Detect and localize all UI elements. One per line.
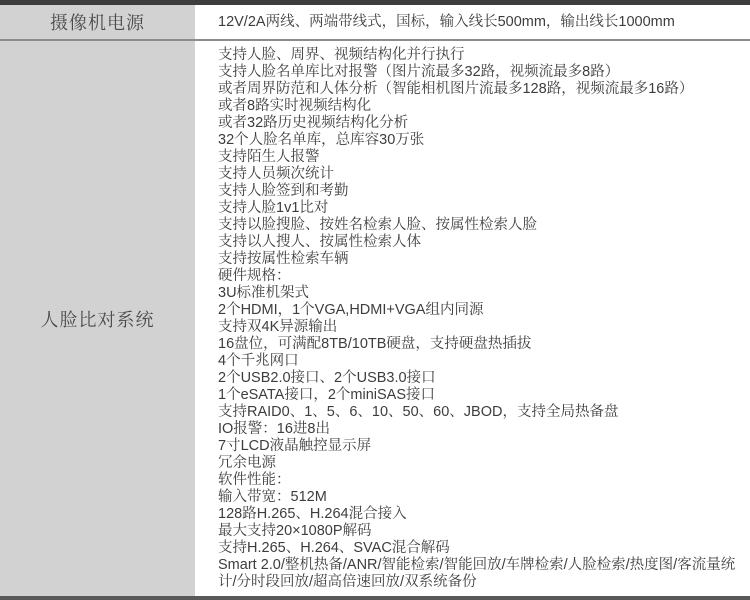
spec-line: IO报警：16进8出 xyxy=(218,421,742,438)
spec-row-camera-power: 摄像机电源 12V/2A两线、两端带线式，国标，输入线长500mm，输出线长10… xyxy=(0,5,750,41)
spec-line: 支持人脸签到和考勤 xyxy=(218,183,742,200)
spec-line: 支持H.265、H.264、SVAC混合解码 xyxy=(218,540,742,557)
spec-row-face-comparison: 人脸比对系统 支持人脸、周界、视频结构化并行执行支持人脸名单库比对报警（图片流最… xyxy=(0,41,750,596)
spec-line: 支持双4K异源输出 xyxy=(218,319,742,336)
spec-line: 32个人脸名单库，总库容30万张 xyxy=(218,132,742,149)
table-bottom-border xyxy=(0,596,750,600)
spec-line: 软件性能： xyxy=(218,472,742,489)
spec-line: 或者8路实时视频结构化 xyxy=(218,98,742,115)
spec-line: 输入带宽：512M xyxy=(218,489,742,506)
label-face-comparison-system: 人脸比对系统 xyxy=(0,41,195,596)
spec-line: 支持按属性检索车辆 xyxy=(218,251,742,268)
spec-line: Smart 2.0/整机热备/ANR/智能检索/智能回放/车牌检索/人脸检索/热… xyxy=(218,557,742,591)
spec-page: 摄像机电源 12V/2A两线、两端带线式，国标，输入线长500mm，输出线长10… xyxy=(0,0,750,600)
spec-line: 支持陌生人报警 xyxy=(218,149,742,166)
spec-line: 最大支持20×1080P解码 xyxy=(218,523,742,540)
spec-line: 支持以人搜人、按属性检索人体 xyxy=(218,234,742,251)
spec-line: 1个eSATA接口，2个miniSAS接口 xyxy=(218,387,742,404)
label-camera-power: 摄像机电源 xyxy=(0,5,195,39)
spec-line: 支持以脸搜脸、按姓名检索人脸、按属性检索人脸 xyxy=(218,217,742,234)
spec-line: 支持RAID0、1、5、6、10、50、60、JBOD，支持全局热备盘 xyxy=(218,404,742,421)
spec-line: 128路H.265、H.264混合接入 xyxy=(218,506,742,523)
spec-line: 支持人脸、周界、视频结构化并行执行 xyxy=(218,47,742,64)
spec-line: 7寸LCD液晶触控显示屏 xyxy=(218,438,742,455)
spec-line: 12V/2A两线、两端带线式，国标，输入线长500mm，输出线长1000mm xyxy=(218,14,675,31)
content-camera-power: 12V/2A两线、两端带线式，国标，输入线长500mm，输出线长1000mm xyxy=(195,5,750,39)
spec-line: 支持人脸名单库比对报警（图片流最多32路，视频流最多8路） xyxy=(218,64,742,81)
spec-line: 冗余电源 xyxy=(218,455,742,472)
spec-line: 支持人员频次统计 xyxy=(218,166,742,183)
spec-line: 硬件规格： xyxy=(218,268,742,285)
spec-line: 4个千兆网口 xyxy=(218,353,742,370)
spec-line: 2个USB2.0接口、2个USB3.0接口 xyxy=(218,370,742,387)
spec-line: 2个HDMI，1个VGA,HDMI+VGA组内同源 xyxy=(218,302,742,319)
spec-line: 支持人脸1v1比对 xyxy=(218,200,742,217)
spec-line: 16盘位，可满配8TB/10TB硬盘，支持硬盘热插拔 xyxy=(218,336,742,353)
spec-line: 3U标准机架式 xyxy=(218,285,742,302)
spec-table: 摄像机电源 12V/2A两线、两端带线式，国标，输入线长500mm，输出线长10… xyxy=(0,5,750,596)
spec-line: 或者周界防范和人体分析（智能相机图片流最多128路，视频流最多16路） xyxy=(218,81,742,98)
spec-line: 或者32路历史视频结构化分析 xyxy=(218,115,742,132)
content-face-comparison-system: 支持人脸、周界、视频结构化并行执行支持人脸名单库比对报警（图片流最多32路，视频… xyxy=(195,41,750,596)
